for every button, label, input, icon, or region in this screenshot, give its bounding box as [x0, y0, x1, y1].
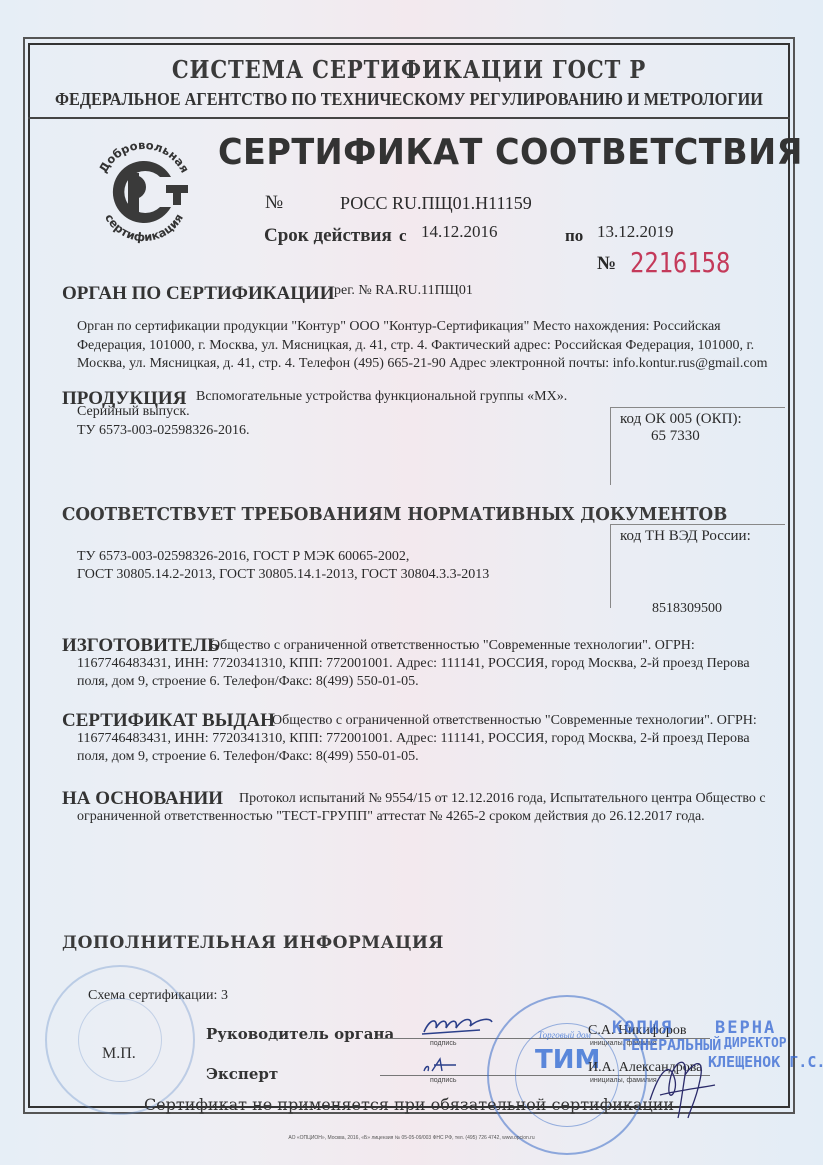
product-series: Серийный выпуск. — [77, 404, 190, 420]
blank-number: 2216158 — [630, 246, 730, 279]
basis-line-1: Протокол испытаний № 9554/15 от 12.12.20… — [239, 791, 766, 807]
validity-from-label: с — [399, 226, 407, 246]
blank-number-sign: № — [597, 253, 616, 275]
certificate-title: СЕРТИФИКАТ СООТВЕТСТВИЯ — [218, 132, 803, 173]
copy-stamp-line-3: КЛЕЩЕНОК Г.С. — [708, 1053, 823, 1071]
seal-place-label: М.П. — [102, 1045, 136, 1063]
copy-stamp-line-1b: ВЕРНА — [715, 1018, 776, 1038]
head-signature-caption: подпись — [430, 1040, 456, 1047]
system-title: СИСТЕМА СЕРТИФИКАЦИИ ГОСТ Р — [74, 55, 745, 84]
issued-to-line-1: Общество с ограниченной ответственностью… — [272, 713, 757, 729]
okp-code-value: 65 7330 — [651, 428, 700, 445]
company-stamp-tag: Торговый дом — [538, 1030, 591, 1040]
expert-label: Эксперт — [206, 1065, 278, 1083]
tnved-code-label: код ТН ВЭД России: — [620, 528, 751, 545]
normative-docs-line-2: ГОСТ 30805.14.2-2013, ГОСТ 30805.14.1-20… — [77, 567, 489, 583]
product-spec: ТУ 6573-003-02598326-2016. — [77, 423, 249, 439]
valid-to-date: 13.12.2019 — [597, 222, 674, 242]
okp-code-label: код ОК 005 (ОКП): — [620, 411, 742, 428]
issued-to-line-3: поля, дом 9, строение 6. Телефон/Факс: 8… — [77, 749, 419, 765]
expert-signature-caption: подпись — [430, 1077, 456, 1084]
header-divider — [28, 117, 790, 119]
disclaimer: Сертификат не применяется при обязательн… — [28, 1095, 790, 1114]
product-name: Вспомогательные устройства функционально… — [196, 389, 567, 405]
certificate-number: РОСС RU.ПЩ01.Н11159 — [340, 193, 532, 214]
issued-to-line-2: 1167746483431, ИНН: 7720341310, КПП: 772… — [77, 731, 750, 747]
head-signature-icon — [420, 1014, 495, 1036]
conformity-heading: СООТВЕТСТВУЕТ ТРЕБОВАНИЯМ НОРМАТИВНЫХ ДО… — [62, 505, 727, 525]
manufacturer-line-3: поля, дом 9, строение 6. Телефон/Факс: 8… — [77, 674, 419, 690]
manufacturer-line-2: 1167746483431, ИНН: 7720341310, КПП: 772… — [77, 656, 750, 672]
left-seal-inner-ring — [78, 998, 162, 1082]
head-of-body-label: Руководитель органа — [206, 1025, 394, 1043]
copy-stamp-line-1a: КОПИЯ — [612, 1018, 673, 1038]
rst-logo-icon: Добровольная сертификация — [88, 135, 200, 247]
tnved-code-value: 8518309500 — [652, 601, 722, 617]
basis-heading: НА ОСНОВАНИИ — [62, 788, 223, 810]
validity-label: Срок действия — [264, 225, 392, 247]
certification-body-heading: ОРГАН ПО СЕРТИФИКАЦИИ — [62, 283, 335, 305]
copy-stamp-line-2b: ДИРЕКТОР — [724, 1036, 787, 1051]
expert-signature-icon — [420, 1055, 460, 1075]
issued-to-heading: СЕРТИФИКАТ ВЫДАН — [62, 710, 275, 732]
normative-docs-line-1: ТУ 6573-003-02598326-2016, ГОСТ Р МЭК 60… — [77, 549, 409, 565]
printer-info: АО «ОПЦИОН», Москва, 2016, «Б» лицензия … — [0, 1135, 823, 1141]
agency-name: ФЕДЕРАЛЬНОЕ АГЕНТСТВО ПО ТЕХНИЧЕСКОМУ РЕ… — [55, 89, 764, 110]
certification-body-text: Орган по сертификации продукции "Контур"… — [77, 318, 777, 374]
certification-body-reg: рег. № RA.RU.11ПЩ01 — [334, 283, 473, 299]
manufacturer-heading: ИЗГОТОВИТЕЛЬ — [62, 635, 220, 657]
additional-info-heading: ДОПОЛНИТЕЛЬНАЯ ИНФОРМАЦИЯ — [62, 933, 444, 953]
valid-from-date: 14.12.2016 — [421, 222, 498, 242]
basis-line-2: ограниченной ответственностью "ТЕСТ-ГРУП… — [77, 809, 705, 825]
validity-to-label: по — [565, 226, 583, 246]
manufacturer-line-1: Общество с ограниченной ответственностью… — [210, 638, 695, 654]
number-sign: № — [265, 192, 283, 214]
